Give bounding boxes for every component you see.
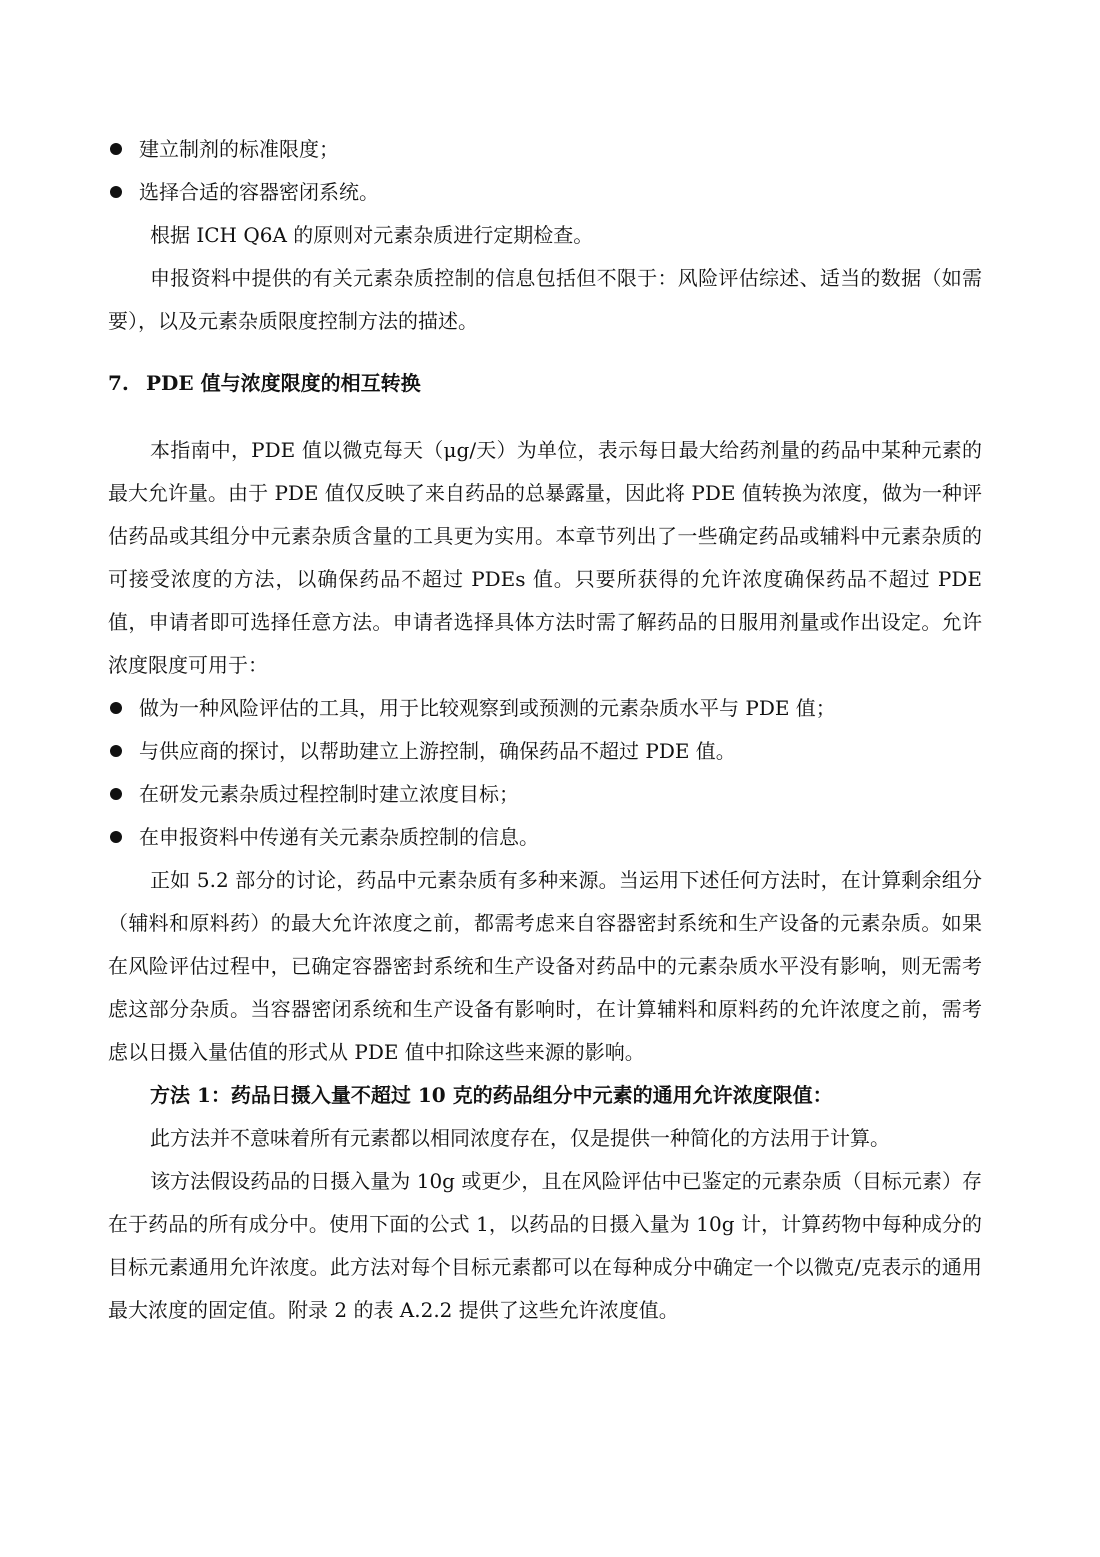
bullet-icon: [110, 831, 122, 843]
bullet-icon: [110, 745, 122, 757]
bullet-text: 建立制剂的标准限度；: [139, 137, 339, 161]
bullet-text: 与供应商的探讨，以帮助建立上游控制，确保药品不超过 PDE 值。: [139, 739, 736, 763]
paragraph-q6a: 根据 ICH Q6A 的原则对元素杂质进行定期检查。: [108, 214, 982, 257]
paragraph-intro: 本指南中，PDE 值以微克每天（μg/天）为单位，表示每日最大给药剂量的药品中某…: [108, 429, 982, 687]
bullet-icon: [110, 702, 122, 714]
bullet-item: 做为一种风险评估的工具，用于比较观察到或预测的元素杂质水平与 PDE 值；: [108, 687, 982, 730]
paragraph-sources: 正如 5.2 部分的讨论，药品中元素杂质有多种来源。当运用下述任何方法时，在计算…: [108, 859, 982, 1074]
bullet-text: 在申报资料中传递有关元素杂质控制的信息。: [139, 825, 539, 849]
section-number: 7.: [108, 362, 146, 405]
bullet-item: 在申报资料中传递有关元素杂质控制的信息。: [108, 816, 982, 859]
method1-title: 方法 1：药品日摄入量不超过 10 克的药品组分中元素的通用允许浓度限值：: [108, 1074, 982, 1117]
bullet-icon: [110, 186, 122, 198]
bullet-text: 选择合适的容器密闭系统。: [139, 180, 379, 204]
bullet-item: 建立制剂的标准限度；: [108, 128, 982, 171]
document-page: 建立制剂的标准限度； 选择合适的容器密闭系统。 根据 ICH Q6A 的原则对元…: [108, 128, 982, 1332]
section-heading: 7.PDE 值与浓度限度的相互转换: [108, 362, 982, 405]
bullet-item: 选择合适的容器密闭系统。: [108, 171, 982, 214]
bullet-text: 做为一种风险评估的工具，用于比较观察到或预测的元素杂质水平与 PDE 值；: [139, 696, 836, 720]
bullet-icon: [110, 788, 122, 800]
bullet-item: 在研发元素杂质过程控制时建立浓度目标；: [108, 773, 982, 816]
bullet-text: 在研发元素杂质过程控制时建立浓度目标；: [139, 782, 519, 806]
section-title: PDE 值与浓度限度的相互转换: [146, 371, 421, 395]
paragraph-submission: 申报资料中提供的有关元素杂质控制的信息包括但不限于：风险评估综述、适当的数据（如…: [108, 257, 982, 343]
bullet-item: 与供应商的探讨，以帮助建立上游控制，确保药品不超过 PDE 值。: [108, 730, 982, 773]
bullet-icon: [110, 143, 122, 155]
paragraph-method1-note: 此方法并不意味着所有元素都以相同浓度存在，仅是提供一种简化的方法用于计算。: [108, 1117, 982, 1160]
paragraph-method1-detail: 该方法假设药品的日摄入量为 10g 或更少，且在风险评估中已鉴定的元素杂质（目标…: [108, 1160, 982, 1332]
